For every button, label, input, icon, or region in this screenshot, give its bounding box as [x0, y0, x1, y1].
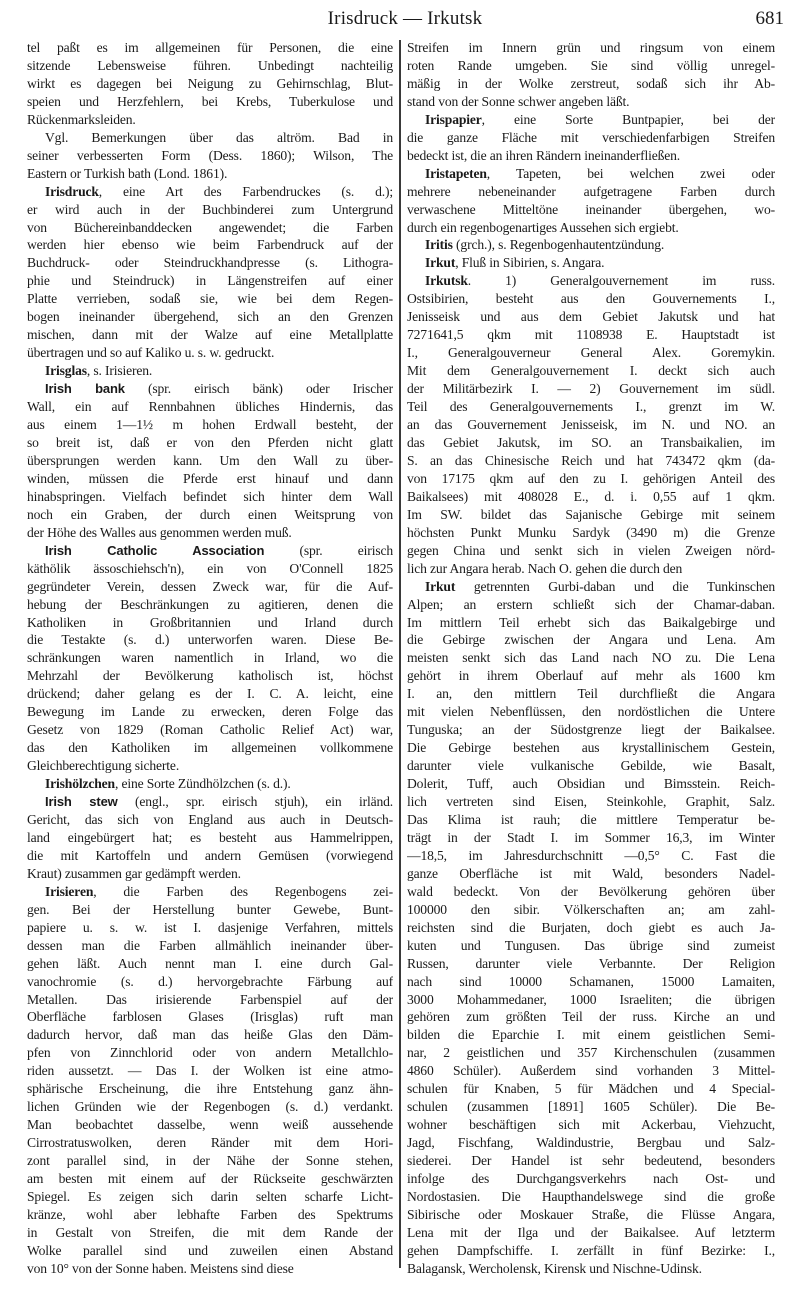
- text-line: hebung der Beschränkungen zu agitieren, …: [27, 596, 393, 614]
- text-line: I. an, den mittlern Teil durchfließt die…: [407, 685, 775, 703]
- text-line: 100000 den sibir. Völkerschaften an; am …: [407, 901, 775, 919]
- text-line: Buchdruck- oder Steindruckhandpresse (s.…: [27, 254, 393, 272]
- text-line: an das Gouvernement Jenisseisk, im N. un…: [407, 416, 775, 434]
- text-line: Bewegung im Lande zu erwecken, deren Fol…: [27, 703, 393, 721]
- text-line: Rückenmarksleiden.: [27, 111, 393, 129]
- text-line: 7271641,5 qkm mit 1108938 E. Hauptstadt …: [407, 326, 775, 344]
- text-line: wirkt es dagegen bei Neigung zu Gehirnsc…: [27, 75, 393, 93]
- text-line: Platte verrieben, sodaß sie, wie bei dem…: [27, 290, 393, 308]
- text-line: werden hier ebenso wie beim Farbendruck …: [27, 236, 393, 254]
- text-line: Wolke parallel sind und zuweilen einen A…: [27, 1242, 393, 1260]
- text-line: Oberfläche farblosen Glases (Irisglas) r…: [27, 1008, 393, 1026]
- text-line: sitzende Lebensweise führen. Unbedingt n…: [27, 57, 393, 75]
- text-line: Teil des Generalgouvernements I., grenzt…: [407, 398, 775, 416]
- text-line: Spiegel. Es zeigen sich darin selten sch…: [27, 1188, 393, 1206]
- text-line: bedeckt ist, die an ihren Rändern ineina…: [407, 147, 775, 165]
- text-line: Baikalsees) mit 408028 E., d. i. 0,55 au…: [407, 488, 775, 506]
- text-line: Gericht, das sich von England aus auch i…: [27, 811, 393, 829]
- text-line: lichen Gründen wie der Regenbogen (s. d.…: [27, 1098, 393, 1116]
- text-line: gehen läßt. Auch nennt man I. eine durch…: [27, 955, 393, 973]
- text-line: Irispapier, eine Sorte Buntpapier, bei d…: [407, 111, 775, 129]
- text-line: Jagd, Fischfang, Waldindustrie, Bergbau …: [407, 1134, 775, 1152]
- text-line: übersprungen werden kann. Um den Wall zu…: [27, 452, 393, 470]
- text-line: gegründeter Verein, dessen Zweck war, fü…: [27, 578, 393, 596]
- text-line: Irisieren, die Farben des Regenbogens ze…: [27, 883, 393, 901]
- text-line: tel paßt es im allgemeinen für Personen,…: [27, 39, 393, 57]
- text-line: trägt in der Stadt I. im Sommer 16,3, im…: [407, 829, 775, 847]
- headword: Irkut: [425, 579, 455, 594]
- text-line: in Gestalt von Streifen, die mit dem Ran…: [27, 1224, 393, 1242]
- text-line: gehört in ihrem Oberlauf auf mehr als 16…: [407, 667, 775, 685]
- text-line: Katholiken in Großbritannien und Irland …: [27, 614, 393, 632]
- left-column: tel paßt es im allgemeinen für Personen,…: [27, 39, 393, 1278]
- running-title: Irisdruck — Irkutsk: [26, 8, 784, 30]
- text-line: lich zur Angara herab. Nach O. gehen die…: [407, 560, 775, 578]
- text-line: Wall, ein auf Rennbahnen übliches Hinder…: [27, 398, 393, 416]
- text-line: nach sind 10000 Schamanen, 15000 Lamaite…: [407, 973, 775, 991]
- text-line: Cirrostratuswolken, deren Ränder mit dem…: [27, 1134, 393, 1152]
- page-header: Irisdruck — Irkutsk 681: [26, 6, 784, 32]
- headword: Irkutsk: [425, 273, 468, 288]
- text-line: Das Klima ist rauh; die mittlere Tempera…: [407, 811, 775, 829]
- text-line: 3000 Mohammedaner, 1000 Israeliten; die …: [407, 991, 775, 1009]
- text-line: dessen man die Farben allmählich ineinan…: [27, 937, 393, 955]
- text-line: noch ein Graben, der durch einen Weitspr…: [27, 506, 393, 524]
- text-line: Lena mit der Ilga und der Baikalsee. Auf…: [407, 1224, 775, 1242]
- text-line: mischen, dann mit der Walze auf eine Met…: [27, 326, 393, 344]
- headword: Irkut: [425, 255, 455, 270]
- text-line: gegen China und senkt sich in vielen Zwe…: [407, 542, 775, 560]
- text-line: Russen, darunter viele Verbannte. Der Re…: [407, 955, 775, 973]
- text-line: Jenisseisk und aus dem Gebiet Jakutsk un…: [407, 308, 775, 326]
- text-line: kuten und Tungusen. Das übrige sind zume…: [407, 937, 775, 955]
- text-line: Irishölzchen, eine Sorte Zündhölzchen (s…: [27, 775, 393, 793]
- text-line: Iritis (grch.), s. Regenbogenhautentzünd…: [407, 236, 775, 254]
- text-line: Gesetz von 1829 (Roman Catholic Relief A…: [27, 721, 393, 739]
- text-line: Im mittlern Teil erhebt sich das Baikalg…: [407, 614, 775, 632]
- text-line: er wird auch in der Buchbinderei zum Unt…: [27, 201, 393, 219]
- headword: Irispapier: [425, 112, 482, 127]
- text-line: roten Rande umgeben. Sie sind völlig unr…: [407, 57, 775, 75]
- text-line: schulen (zusammen [1891] 1605 Schüler). …: [407, 1098, 775, 1116]
- text-line: Ostsibirien, besteht aus den Gouvernemen…: [407, 290, 775, 308]
- text-line: aus einem 1—1½ m hohen Erdwall besteht, …: [27, 416, 393, 434]
- text-line: am besten mit einem auf der Rückseite ge…: [27, 1170, 393, 1188]
- text-line: durch ein regenbogenartiges Aussehen sic…: [407, 219, 775, 237]
- text-line: Irisdruck, eine Art des Farbendruckes (s…: [27, 183, 393, 201]
- text-line: höchsten Punkt Munku Sardyk (3490 m) die…: [407, 524, 775, 542]
- text-line: schränkungen waren namentlich in Irland,…: [27, 649, 393, 667]
- text-line: bogen ineinander übergehend, sich an den…: [27, 308, 393, 326]
- text-line: darunter viele vulkanische Gebilde, wie …: [407, 757, 775, 775]
- text-line: die Gebirge zwischen der Angara und Lena…: [407, 631, 775, 649]
- text-line: drückend; daher gelang es der I. C. A. l…: [27, 685, 393, 703]
- text-line: winden, müssen die Pferde erst hinauf un…: [27, 470, 393, 488]
- headword: Iristapeten: [425, 166, 487, 181]
- text-line: Die Gebirge bestehen aus krystallinische…: [407, 739, 775, 757]
- text-line: Irish Catholic Association (spr. eirisch: [27, 542, 393, 560]
- text-line: mehrere nebeneinander aufgetragene Farbe…: [407, 183, 775, 201]
- text-line: der Höhe des Walles aus genommen werden …: [27, 524, 393, 542]
- headword: Irisieren: [45, 884, 93, 899]
- text-line: Mehrzahl der Bevölkerung katholisch ist,…: [27, 667, 393, 685]
- text-line: papiere u. s. w. ist I. dasjenige Verfah…: [27, 919, 393, 937]
- text-line: Irkut, Fluß in Sibirien, s. Angara.: [407, 254, 775, 272]
- text-line: Im SW. bildet das Sajanische Gebirge mit…: [407, 506, 775, 524]
- text-line: die Testakte (s. d.) unterworfen waren. …: [27, 631, 393, 649]
- text-line: pfen von Zinnchlorid oder von andern Met…: [27, 1044, 393, 1062]
- text-line: S. an das Chinesische Reich und hat 7434…: [407, 452, 775, 470]
- text-line: verwaschene Mitteltöne ineinander überge…: [407, 201, 775, 219]
- text-line: 4860 Schüler). Außerdem sind vorhanden 3…: [407, 1062, 775, 1080]
- text-line: nar, 2 geistlichen und 357 Kirchenschule…: [407, 1044, 775, 1062]
- text-line: Mit dem Generalgouvernement I. deckt sic…: [407, 362, 775, 380]
- text-line: Balagansk, Wercholensk, Kirensk und Nisc…: [407, 1260, 775, 1278]
- text-line: seiner verbesserten Form (Dess. 1860); W…: [27, 147, 393, 165]
- text-line: die ganze Fläche mit verschiedenfarbigen…: [407, 129, 775, 147]
- text-line: infolge des Durchgangsverkehrs nach Ost-…: [407, 1170, 775, 1188]
- text-line: meisten senkt sich das Land nach NO zu. …: [407, 649, 775, 667]
- text-line: Alpen; an erstern schließt sich der Cham…: [407, 596, 775, 614]
- text-line: von Büchereinbanddecken angewendet; die …: [27, 219, 393, 237]
- text-line: siederei. Der Handel ist sehr bedeutend,…: [407, 1152, 775, 1170]
- text-line: gehören zum größten Teil der russ. Kirch…: [407, 1008, 775, 1026]
- text-line: Dolerit, Tuff, auch Obsidian und Bimsste…: [407, 775, 775, 793]
- text-line: —18,5, im Jahresdurchschnitt —0,5° C. Fa…: [407, 847, 775, 865]
- text-line: Irisglas, s. Irisieren.: [27, 362, 393, 380]
- text-line: Vgl. Bemerkungen über das altröm. Bad in: [27, 129, 393, 147]
- text-line: zont parallel sind, in der Nähe der Sonn…: [27, 1152, 393, 1170]
- text-line: land eingebürgert hat; es besteht aus Ha…: [27, 829, 393, 847]
- text-line: mäßig in der Wolke zerstreut, sodaß sich…: [407, 75, 775, 93]
- text-line: Irkutsk. 1) Generalgouvernement im russ.: [407, 272, 775, 290]
- text-line: riden aussetzt. — Das I. der Wolken ist …: [27, 1062, 393, 1080]
- text-line: das Gebiet Jakutsk, im SO. an Transbaika…: [407, 434, 775, 452]
- text-line: reichsten sind die Burjaten, doch giebt …: [407, 919, 775, 937]
- text-line: die mit Kartoffeln und andern Gemüsen (v…: [27, 847, 393, 865]
- headword: Irisdruck: [45, 184, 99, 199]
- text-line: lich vertreten sind Eisen, Steinkohle, G…: [407, 793, 775, 811]
- headword: Irisglas: [45, 363, 87, 378]
- headword: Irish Catholic Association: [45, 543, 264, 558]
- text-line: vanochromie (s. d.) hervorgebrachte Färb…: [27, 973, 393, 991]
- right-column: Streifen im Innern grün und ringsum von …: [407, 39, 775, 1278]
- text-line: das den Katholiken im allgemeinen vollko…: [27, 739, 393, 757]
- text-line: ganze Oberfläche ist mit Wald, besonders…: [407, 865, 775, 883]
- text-line: Streifen im Innern grün und ringsum von …: [407, 39, 775, 57]
- text-line: mit vielen Nebenflüssen, den nordöstlich…: [407, 703, 775, 721]
- text-line: bilden die Eparchie I. mit einem geistli…: [407, 1026, 775, 1044]
- text-line: Irkut getrennten Gurbi-daban und die Tun…: [407, 578, 775, 596]
- text-line: schulen für Knaben, 5 für Mädchen und 4 …: [407, 1080, 775, 1098]
- text-line: Iristapeten, Tapeten, bei welchen zwei o…: [407, 165, 775, 183]
- text-line: I., Generalgouverneur General Alex. Gore…: [407, 344, 775, 362]
- column-divider: [399, 40, 401, 1268]
- text-line: gehen Dampfschiffe. I. zerfällt in fünf …: [407, 1242, 775, 1260]
- page-number: 681: [756, 8, 785, 30]
- text-line: der Militärbezirk I. — 2) Gouvernement i…: [407, 380, 775, 398]
- text-line: kränze, wohl aber lebhafte Farben des Sp…: [27, 1206, 393, 1224]
- text-line: Eastern or Turkish bath (Lond. 1861).: [27, 165, 393, 183]
- text-line: von 17175 qkm auf den zu I. gehörigen An…: [407, 470, 775, 488]
- text-line: Irish bank (spr. eirisch bänk) oder Iris…: [27, 380, 393, 398]
- text-line: Metallen. Das irisierende Farbenspiel au…: [27, 991, 393, 1009]
- text-line: so breit ist, daß er von den Pferden nic…: [27, 434, 393, 452]
- text-line: dadurch hervor, daß man das heiße Glas d…: [27, 1026, 393, 1044]
- text-line: Nordostasien. Die Haupthandelswege sind …: [407, 1188, 775, 1206]
- text-line: stand von der Sonne schwer angeben läßt.: [407, 93, 775, 111]
- text-line: Sibirische oder Moskauer Straße, die Flü…: [407, 1206, 775, 1224]
- text-line: gen. Bei der Herstellung bunter Gewebe, …: [27, 901, 393, 919]
- text-line: Irish stew (engl., spr. eirisch stjuh), …: [27, 793, 393, 811]
- text-line: wohner beschäftigen sich mit Ackerbau, V…: [407, 1116, 775, 1134]
- text-line: Gleichberechtigung sicherte.: [27, 757, 393, 775]
- text-line: Kraut) zusammen gar gedämpft werden.: [27, 865, 393, 883]
- text-line: Man beobachtet dasselbe, wenn weiß ausse…: [27, 1116, 393, 1134]
- text-line: von 10° von der Sonne haben. Meistens si…: [27, 1260, 393, 1278]
- headword: Irish bank: [45, 381, 125, 396]
- text-line: käthölik ässoschiehsch'n), ein von O'Con…: [27, 560, 393, 578]
- headword: Irish stew: [45, 794, 118, 809]
- text-line: hinabspringen. Vielfach befindet sich hi…: [27, 488, 393, 506]
- headword: Irishölzchen: [45, 776, 115, 791]
- text-line: sphärische Erscheinung, die ihre Entsteh…: [27, 1080, 393, 1098]
- text-line: Tunguska; an der Südostgrenze liegt der …: [407, 721, 775, 739]
- text-line: speien und Herzfehlern, bei Krebs, Tuber…: [27, 93, 393, 111]
- headword: Iritis: [425, 237, 453, 252]
- text-line: übertragen und so auf Kaliko u. s. w. ge…: [27, 344, 393, 362]
- text-line: wald bedeckt. Von der Bevölkerung gehöre…: [407, 883, 775, 901]
- text-line: phie und Steindruck) in Längenstreifen a…: [27, 272, 393, 290]
